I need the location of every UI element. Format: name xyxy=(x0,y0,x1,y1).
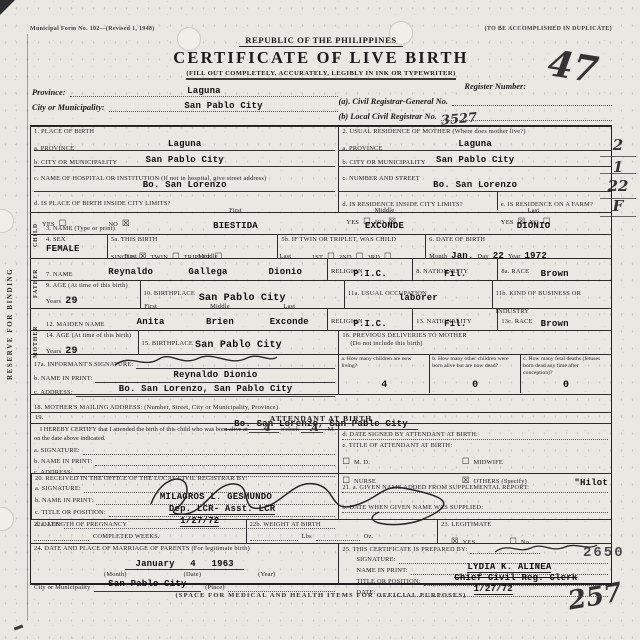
s16c-question: c. How many fetal deaths (fetuses born d… xyxy=(523,356,600,376)
first-header: First xyxy=(161,207,310,215)
prepared-by-cell: 25. THIS CERTIFICATE IS PREPARED BY: SIG… xyxy=(338,544,611,583)
crg-field xyxy=(452,95,612,106)
s18-label: 18. MOTHER'S MAILING ADDRESS: (Number, S… xyxy=(34,404,278,411)
fetal-deaths-cell: c. How many fetal deaths (fetuses born d… xyxy=(520,355,611,393)
s20a-label: a. SIGNATURE: xyxy=(35,485,81,493)
mother-nationality: Fil. xyxy=(413,319,497,329)
scan-mark xyxy=(14,625,23,631)
first-header: First xyxy=(116,303,185,311)
fetal-deaths-count: 0 xyxy=(521,380,611,393)
section-mother-name: 12. MAIDEN NAME FirstAnita MiddleBrien L… xyxy=(31,308,611,330)
province-value: Laguna xyxy=(70,86,339,96)
attendant-title-cell: d. DATE SIGNED BY ATTENDANT AT BIRTH: e.… xyxy=(338,424,611,473)
md-checkbox: ☐ xyxy=(342,456,350,466)
s25-date-label: DATE: xyxy=(356,589,375,597)
scanned-birth-certificate: RESERVE FOR BINDING 47 2 1 22 F 2650 257… xyxy=(0,0,640,640)
province-field: Laguna xyxy=(70,86,339,97)
father-race: Brown xyxy=(498,269,611,279)
children-dead-count: 0 xyxy=(430,380,520,393)
s1d-label: d. IS PLACE OF BIRTH INSIDE CITY LIMITS? xyxy=(34,200,171,207)
mother-last-name: Exconde xyxy=(270,317,309,327)
mother-race-cell: 13c. RACEBrown xyxy=(497,309,611,330)
mother-birthplace-cell: 15. BIRTHPLACE San Pablo City xyxy=(138,331,339,354)
certify-text-1: I HEREBY CERTIFY that I attended the bir… xyxy=(40,426,248,433)
s7-label: 7. NAME xyxy=(46,271,92,279)
place-header: (Place) xyxy=(205,584,225,592)
section-place-of-birth: 1. PLACE OF BIRTH a. PROVINCELaguna b. C… xyxy=(31,127,338,212)
marriage-city-label: City or Municipality xyxy=(34,584,91,592)
children-dead-cell: b. How many other children were born ali… xyxy=(429,355,520,393)
year-header: (Year) xyxy=(258,571,275,579)
s1b-value: San Pablo City xyxy=(34,155,335,165)
punch-hole xyxy=(0,508,13,530)
s9-label: 9. AGE (At time of this birth) xyxy=(46,282,137,290)
attendant-body-row: I HEREBY CERTIFY that I attended the bir… xyxy=(31,423,611,473)
father-industry-cell: 11b. KIND OF BUSINESS OR INDUSTRY xyxy=(492,281,611,308)
s25-label: 25. THIS CERTIFICATE IS PREPARED BY: xyxy=(342,546,467,554)
s2c-value: Bo. San Lorenzo xyxy=(339,180,611,190)
legitimate-cell: 23. LEGITIMATE ☒ YES ☐ No xyxy=(437,520,611,543)
father-occupation: laborer xyxy=(345,293,492,303)
scan-corner-artifact xyxy=(0,0,15,15)
father-occupation-cell: 11a. USUAL OCCUPATIONlaborer xyxy=(344,281,492,308)
section-mailing-address: 18. MOTHER'S MAILING ADDRESS: (Number, S… xyxy=(31,394,611,412)
civil-registrar-general-line: (a). Civil Registrar-General No. xyxy=(338,95,612,106)
s4-label: 4. SEX xyxy=(46,236,104,244)
s1c-value: Bo. San Lorenzo xyxy=(34,180,335,190)
section-mother-details-informant: 14. AGE (At time of this birth) Years 29… xyxy=(31,330,611,394)
previous-deliveries-header: 16. PREVIOUS DELIVERIES TO MOTHER (Do no… xyxy=(339,331,611,355)
informant-address: Bo. San Lorenzo, San Pablo City xyxy=(119,384,293,394)
s24-label: 24. DATE AND PLACE OF MARRIAGE OF PARENT… xyxy=(34,545,335,553)
first-header: First xyxy=(92,253,169,261)
s1-title: 1. PLACE OF BIRTH xyxy=(34,128,335,137)
punch-hole xyxy=(0,210,13,232)
s14-label: 14. AGE (At time of this birth) xyxy=(46,332,135,340)
last-header: Last xyxy=(247,253,324,261)
prepared-date: 1/27/72 xyxy=(474,584,513,595)
duplicate-note: (TO BE ACCOMPLISHED IN DUPLICATE) xyxy=(485,26,612,32)
mother-age-cell: 14. AGE (At time of this birth) Years 29 xyxy=(43,331,138,354)
s2a-value: Laguna xyxy=(339,139,611,149)
lcr-field: 3527 xyxy=(441,110,612,121)
certificate-document: Municipal Form No. 102—(Revised 1, 1948)… xyxy=(30,26,612,599)
lbs-label: Lbs xyxy=(302,533,312,541)
s2-title: 2. USUAL RESIDENCE OF MOTHER (Where does… xyxy=(339,128,611,137)
middle-header: Middle xyxy=(169,253,246,261)
received-by-cell: 20. RECEIVED IN THE OFFICE OF THE LOCAL … xyxy=(31,474,338,519)
s5a-label: 5a. THIS BIRTH xyxy=(111,236,274,244)
section-father-name: 7. NAME FirstReynaldo MiddleGallega Last… xyxy=(31,258,611,280)
s2b-value: San Pablo City xyxy=(339,155,611,165)
section-pregnancy-weight-legitimate: 22a. LENGTH OF PREGNANCY COMPLETED WEEKS… xyxy=(31,519,611,543)
local-civil-registrar-line: (b) Local Civil Registrar No. 3527 xyxy=(338,110,612,121)
section-received-registrar: 20. RECEIVED IN THE OFFICE OF THE LOCAL … xyxy=(31,473,611,519)
oz-label: Oz. xyxy=(364,533,374,541)
city-value: San Pablo City xyxy=(109,101,339,111)
s19a-label: a. SIGNATURE: xyxy=(34,447,80,455)
attendant-certification-cell: I HEREBY CERTIFY that I attended the bir… xyxy=(31,424,338,473)
weight-at-birth-cell: 22b. WEIGHT AT BIRTH LbsOz. xyxy=(246,520,437,543)
fillout-instruction: (FILL OUT COMPLETELY, ACCURATELY, LEGIBL… xyxy=(30,70,612,77)
city-line: City or Municipality: San Pablo City xyxy=(32,101,338,112)
mother-nationality-cell: 13. NATIONALITYFil. xyxy=(412,309,497,330)
s19b-label: b. NAME IN PRINT: xyxy=(34,458,92,466)
years-label: Years xyxy=(46,298,61,305)
s22b-label: 22b. WEIGHT AT BIRTH xyxy=(250,521,434,529)
s19-number: 19. xyxy=(35,414,44,422)
middle-header: Middle xyxy=(310,207,459,215)
paper-fold-line xyxy=(27,34,28,620)
city-field: San Pablo City xyxy=(109,101,339,112)
am-pm-handwritten: A xyxy=(301,425,323,433)
crg-label: (a). Civil Registrar-General No. xyxy=(338,97,448,106)
register-number-label: Register Number: xyxy=(378,82,612,91)
s21b-label: b. DATE WHEN GIVEN NAME WAS SUPPLIED: xyxy=(342,504,483,512)
midwife-checkbox: ☐ xyxy=(462,456,470,466)
s6-label: 6. DATE OF BIRTH xyxy=(429,236,608,244)
s1a-value: Laguna xyxy=(34,139,335,149)
father-last-name: Dionio xyxy=(269,267,303,277)
informant-block: 17a. INFORMANT'S SIGNATURE: b. NAME IN P… xyxy=(31,355,338,393)
certificate-form: CHILD FATHER MOTHER 1. PLACE OF BIRTH a.… xyxy=(30,125,612,585)
s16b-question: b. How many other children were born ali… xyxy=(432,356,508,369)
republic-heading: REPUBLIC OF THE PHILIPPINES xyxy=(30,35,612,45)
marriage-date: January 4 1963 xyxy=(125,559,243,570)
middle-header: Middle xyxy=(185,303,254,311)
father-religion-cell: RELIGIONP.I.C. xyxy=(327,259,412,280)
child-last-name: DIONIO xyxy=(517,221,551,231)
midwife-label: MIDWIFE xyxy=(474,459,503,466)
s22a-label: 22a. LENGTH OF PREGNANCY xyxy=(34,521,243,529)
form-number-note: Municipal Form No. 102—(Revised 1, 1948) xyxy=(30,26,155,32)
s16a-question: a. How many children are now living? xyxy=(341,356,411,369)
province-label: Province: xyxy=(32,88,66,97)
s5b-label: 5b. IF TWIN OR TRIPLET, WAS CHILD xyxy=(281,236,422,244)
years-label: Years xyxy=(46,348,61,355)
mother-birthplace: San Pablo City xyxy=(139,340,339,351)
attendant-header-row: 19. ATTENDANT AT BIRTH xyxy=(31,412,611,423)
marriage-cell: 24. DATE AND PLACE OF MARRIAGE OF PARENT… xyxy=(31,544,338,583)
s20b-label: b. NAME IN PRINT: xyxy=(35,497,93,505)
register-block: Province: Laguna City or Municipality: S… xyxy=(30,82,612,121)
attendant-certification: I HEREBY CERTIFY that I attended the bir… xyxy=(34,425,335,444)
s25-sig-label: SIGNATURE: xyxy=(356,556,395,564)
s21a-label: 21. a. GIVEN NAME ADDED FROM SUPPLEMENTA… xyxy=(342,484,529,492)
father-religion: P.I.C. xyxy=(328,269,412,279)
father-first-name: Reynaldo xyxy=(108,267,153,277)
s25-name-label: NAME IN PRINT: xyxy=(356,567,407,575)
father-nationality: Fil. xyxy=(413,269,497,279)
date-of-birth-cell: 6. DATE OF BIRTH Month Jan. Day 22 Year … xyxy=(425,235,611,258)
father-middle-name: Gallega xyxy=(188,267,227,277)
mother-middle-name: Brien xyxy=(206,317,234,327)
section-usual-residence: 2. USUAL RESIDENCE OF MOTHER (Where does… xyxy=(338,127,611,212)
section-child-name: 3. NAME (Type or print) FirstBIESTIDA Mi… xyxy=(31,212,611,234)
s16-label: 16. PREVIOUS DELIVERIES TO MOTHER xyxy=(342,332,608,340)
s3-label: 3. NAME (Type or print) xyxy=(46,225,161,233)
md-label: M. D. xyxy=(354,459,370,466)
certify-text-2: o'clock xyxy=(281,426,299,433)
father-race-cell: 8a. RACEBrown xyxy=(497,259,611,280)
s20-label: 20. RECEIVED IN THE OFFICE OF THE LOCAL … xyxy=(35,475,335,483)
s12-label: 12. MAIDEN NAME xyxy=(46,321,116,329)
last-header: Last xyxy=(255,303,324,311)
s19e-label: e. TITLE OF ATTENDANT AT BIRTH: xyxy=(342,442,608,450)
child-middle-name: EXCONDE xyxy=(365,221,404,231)
s19d-label: d. DATE SIGNED BY ATTENDANT AT BIRTH: xyxy=(342,431,478,439)
child-first-name: BIESTIDA xyxy=(213,221,258,231)
mother-first-name: Anita xyxy=(137,317,165,327)
section-place-and-residence: 1. PLACE OF BIRTH a. PROVINCELaguna b. C… xyxy=(31,126,611,212)
children-living-count: 4 xyxy=(339,380,429,393)
mother-race: Brown xyxy=(498,319,611,329)
document-title: CERTIFICATE OF LIVE BIRTH xyxy=(30,48,612,68)
birth-hour-handwritten: 4 xyxy=(249,425,279,433)
length-of-pregnancy-cell: 22a. LENGTH OF PREGNANCY COMPLETED WEEKS… xyxy=(31,520,246,543)
lcr-label: (b) Local Civil Registrar No. xyxy=(338,112,436,121)
father-nationality-cell: 8. NATIONALITYFil. xyxy=(412,259,497,280)
completed-weeks-label: COMPLETED WEEKS. xyxy=(93,533,160,541)
father-age: 29 xyxy=(65,296,77,307)
reserve-for-binding-label: RESERVE FOR BINDING xyxy=(6,236,14,412)
mother-religion: P.I.C. xyxy=(328,319,412,329)
province-line: Province: Laguna xyxy=(32,86,338,97)
mother-religion-cell: RELIGIONP.I.C. xyxy=(327,309,412,330)
children-living-cell: a. How many children are now living?4 xyxy=(339,355,429,393)
marriage-city: San Pablo City xyxy=(108,579,186,589)
last-header: Last xyxy=(459,207,608,215)
supplemental-name-cell: 21. a. GIVEN NAME ADDED FROM SUPPLEMENTA… xyxy=(338,474,611,519)
s16-note: (Do not include this birth) xyxy=(342,340,608,348)
s23-label: 23. LEGITIMATE xyxy=(441,521,608,529)
city-label: City or Municipality: xyxy=(32,103,105,112)
section-marriage-prepared-by: 24. DATE AND PLACE OF MARRIAGE OF PARENT… xyxy=(31,543,611,583)
